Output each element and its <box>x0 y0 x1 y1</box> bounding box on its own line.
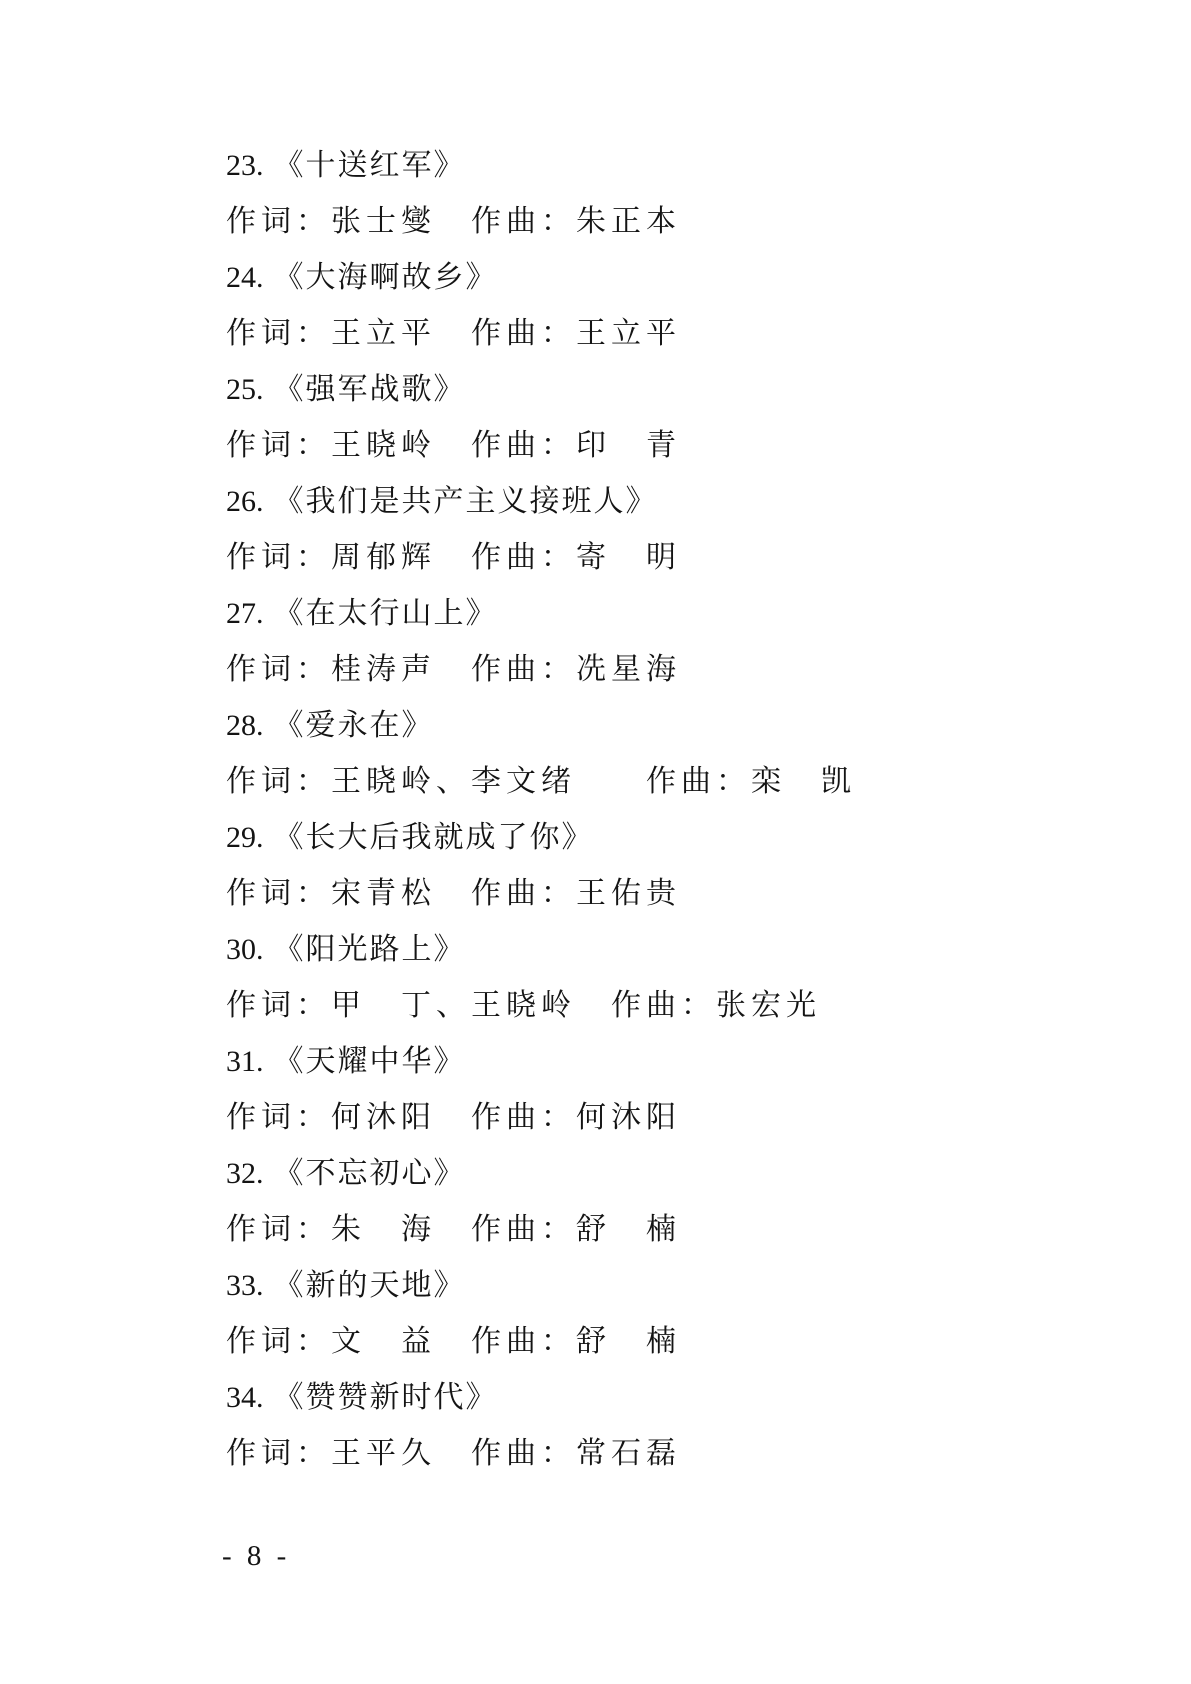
page-number: - 8 - <box>222 1540 290 1572</box>
song-entry: 26.《我们是共产主义接班人》 作词：周郁辉 作曲：寄 明 <box>226 474 1071 586</box>
song-entry: 33.《新的天地》 作词：文 益 作曲：舒 楠 <box>226 1258 1071 1370</box>
song-credits-line: 作词：王立平 作曲：王立平 <box>226 306 1071 362</box>
song-title-line: 30.《阳光路上》 <box>226 922 1071 978</box>
song-title: 《我们是共产主义接班人》 <box>274 485 658 518</box>
song-number: 31. <box>226 1034 264 1090</box>
song-entry: 34.《赞赞新时代》 作词：王平久 作曲：常石磊 <box>226 1370 1071 1482</box>
song-title: 《爱永在》 <box>274 709 434 742</box>
song-title: 《赞赞新时代》 <box>274 1381 498 1414</box>
song-credits-line: 作词：周郁辉 作曲：寄 明 <box>226 530 1071 586</box>
song-number: 32. <box>226 1146 264 1202</box>
song-credits-line: 作词：何沐阳 作曲：何沐阳 <box>226 1090 1071 1146</box>
song-title-line: 33.《新的天地》 <box>226 1258 1071 1314</box>
song-list: 23.《十送红军》 作词：张士燮 作曲：朱正本 24.《大海啊故乡》 作词：王立… <box>226 138 1071 1482</box>
song-credits-line: 作词：朱 海 作曲：舒 楠 <box>226 1202 1071 1258</box>
song-number: 29. <box>226 810 264 866</box>
document-page: 23.《十送红军》 作词：张士燮 作曲：朱正本 24.《大海啊故乡》 作词：王立… <box>0 0 1191 1684</box>
song-title-line: 26.《我们是共产主义接班人》 <box>226 474 1071 530</box>
song-title: 《阳光路上》 <box>274 933 466 966</box>
song-title: 《天耀中华》 <box>274 1045 466 1078</box>
song-title: 《新的天地》 <box>274 1269 466 1302</box>
song-title-line: 23.《十送红军》 <box>226 138 1071 194</box>
song-title-line: 31.《天耀中华》 <box>226 1034 1071 1090</box>
song-title-line: 28.《爱永在》 <box>226 698 1071 754</box>
song-entry: 24.《大海啊故乡》 作词：王立平 作曲：王立平 <box>226 250 1071 362</box>
song-number: 30. <box>226 922 264 978</box>
song-credits-line: 作词：张士燮 作曲：朱正本 <box>226 194 1071 250</box>
song-entry: 25.《强军战歌》 作词：王晓岭 作曲：印 青 <box>226 362 1071 474</box>
song-entry: 28.《爱永在》 作词：王晓岭、李文绪 作曲：栾 凯 <box>226 698 1071 810</box>
song-title: 《在太行山上》 <box>274 597 498 630</box>
song-title: 《不忘初心》 <box>274 1157 466 1190</box>
song-number: 24. <box>226 250 264 306</box>
song-number: 25. <box>226 362 264 418</box>
song-credits-line: 作词：王平久 作曲：常石磊 <box>226 1426 1071 1482</box>
song-entry: 32.《不忘初心》 作词：朱 海 作曲：舒 楠 <box>226 1146 1071 1258</box>
song-title-line: 34.《赞赞新时代》 <box>226 1370 1071 1426</box>
song-credits-line: 作词：王晓岭、李文绪 作曲：栾 凯 <box>226 754 1071 810</box>
song-entry: 31.《天耀中华》 作词：何沐阳 作曲：何沐阳 <box>226 1034 1071 1146</box>
song-number: 34. <box>226 1370 264 1426</box>
song-title: 《强军战歌》 <box>274 373 466 406</box>
song-title: 《大海啊故乡》 <box>274 261 498 294</box>
song-entry: 29.《长大后我就成了你》 作词：宋青松 作曲：王佑贵 <box>226 810 1071 922</box>
song-entry: 30.《阳光路上》 作词：甲 丁、王晓岭 作曲：张宏光 <box>226 922 1071 1034</box>
song-credits-line: 作词：桂涛声 作曲：冼星海 <box>226 642 1071 698</box>
song-number: 27. <box>226 586 264 642</box>
song-credits-line: 作词：王晓岭 作曲：印 青 <box>226 418 1071 474</box>
song-title-line: 27.《在太行山上》 <box>226 586 1071 642</box>
song-number: 26. <box>226 474 264 530</box>
song-entry: 23.《十送红军》 作词：张士燮 作曲：朱正本 <box>226 138 1071 250</box>
song-number: 33. <box>226 1258 264 1314</box>
song-credits-line: 作词：文 益 作曲：舒 楠 <box>226 1314 1071 1370</box>
song-title-line: 24.《大海啊故乡》 <box>226 250 1071 306</box>
song-title-line: 29.《长大后我就成了你》 <box>226 810 1071 866</box>
song-title-line: 25.《强军战歌》 <box>226 362 1071 418</box>
song-number: 28. <box>226 698 264 754</box>
song-number: 23. <box>226 138 264 194</box>
page-footer: - 8 - <box>222 1536 290 1576</box>
song-title-line: 32.《不忘初心》 <box>226 1146 1071 1202</box>
song-title: 《长大后我就成了你》 <box>274 821 594 854</box>
song-entry: 27.《在太行山上》 作词：桂涛声 作曲：冼星海 <box>226 586 1071 698</box>
song-credits-line: 作词：宋青松 作曲：王佑贵 <box>226 866 1071 922</box>
song-credits-line: 作词：甲 丁、王晓岭 作曲：张宏光 <box>226 978 1071 1034</box>
song-title: 《十送红军》 <box>274 149 466 182</box>
